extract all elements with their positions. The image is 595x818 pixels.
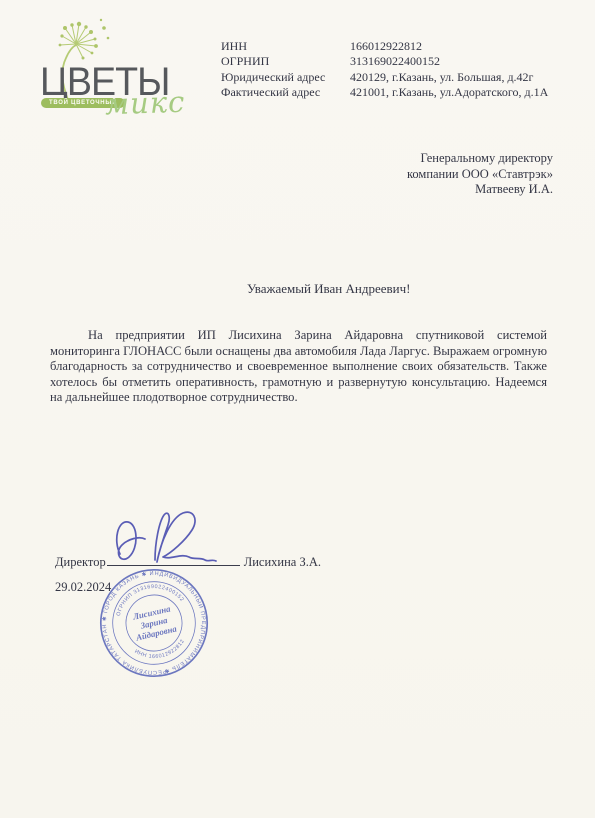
detail-label: ОГРНИП bbox=[221, 54, 350, 69]
company-stamp: РЕСПУБЛИКА ТАТАРСТАН ✱ ГОРОД КАЗАНЬ ✱ ИН… bbox=[87, 556, 221, 690]
salutation: Уважаемый Иван Андреевич! bbox=[247, 281, 410, 297]
detail-value: 166012922812 bbox=[350, 39, 548, 54]
letter-page: ЦВЕТЫ ТВОЙ ЦВЕТОЧНЫЙ микс ИНН 1660129228… bbox=[0, 0, 595, 818]
detail-row-actual-address: Фактический адрес 421001, г.Казань, ул.А… bbox=[221, 85, 548, 100]
company-details: ИНН 166012922812 ОГРНИП 313169022400152 … bbox=[221, 39, 548, 101]
detail-value: 420129, г.Казань, ул. Большая, д.42г bbox=[350, 70, 548, 85]
detail-label: Фактический адрес bbox=[221, 85, 350, 100]
recipient-line: Генеральному директору bbox=[407, 151, 553, 167]
detail-row-inn: ИНН 166012922812 bbox=[221, 39, 548, 54]
detail-value: 421001, г.Казань, ул.Адоратского, д.1А bbox=[350, 85, 548, 100]
letter-body: На предприятии ИП Лисихина Зарина Айдаро… bbox=[50, 328, 547, 406]
company-logo: ЦВЕТЫ ТВОЙ ЦВЕТОЧНЫЙ микс bbox=[0, 0, 210, 130]
detail-row-ogrnip: ОГРНИП 313169022400152 bbox=[221, 54, 548, 69]
signer-role: Директор bbox=[55, 555, 106, 569]
detail-value: 313169022400152 bbox=[350, 54, 548, 69]
recipient-line: Матвееву И.А. bbox=[407, 182, 553, 198]
recipient-block: Генеральному директору компании ООО «Ста… bbox=[407, 151, 553, 198]
detail-label: Юридический адрес bbox=[221, 70, 350, 85]
detail-label: ИНН bbox=[221, 39, 350, 54]
signer-name: Лисихина З.А. bbox=[244, 555, 321, 569]
detail-row-legal-address: Юридический адрес 420129, г.Казань, ул. … bbox=[221, 70, 548, 85]
recipient-line: компании ООО «Ставтрэк» bbox=[407, 167, 553, 183]
logo-subtitle: микс bbox=[104, 85, 185, 122]
